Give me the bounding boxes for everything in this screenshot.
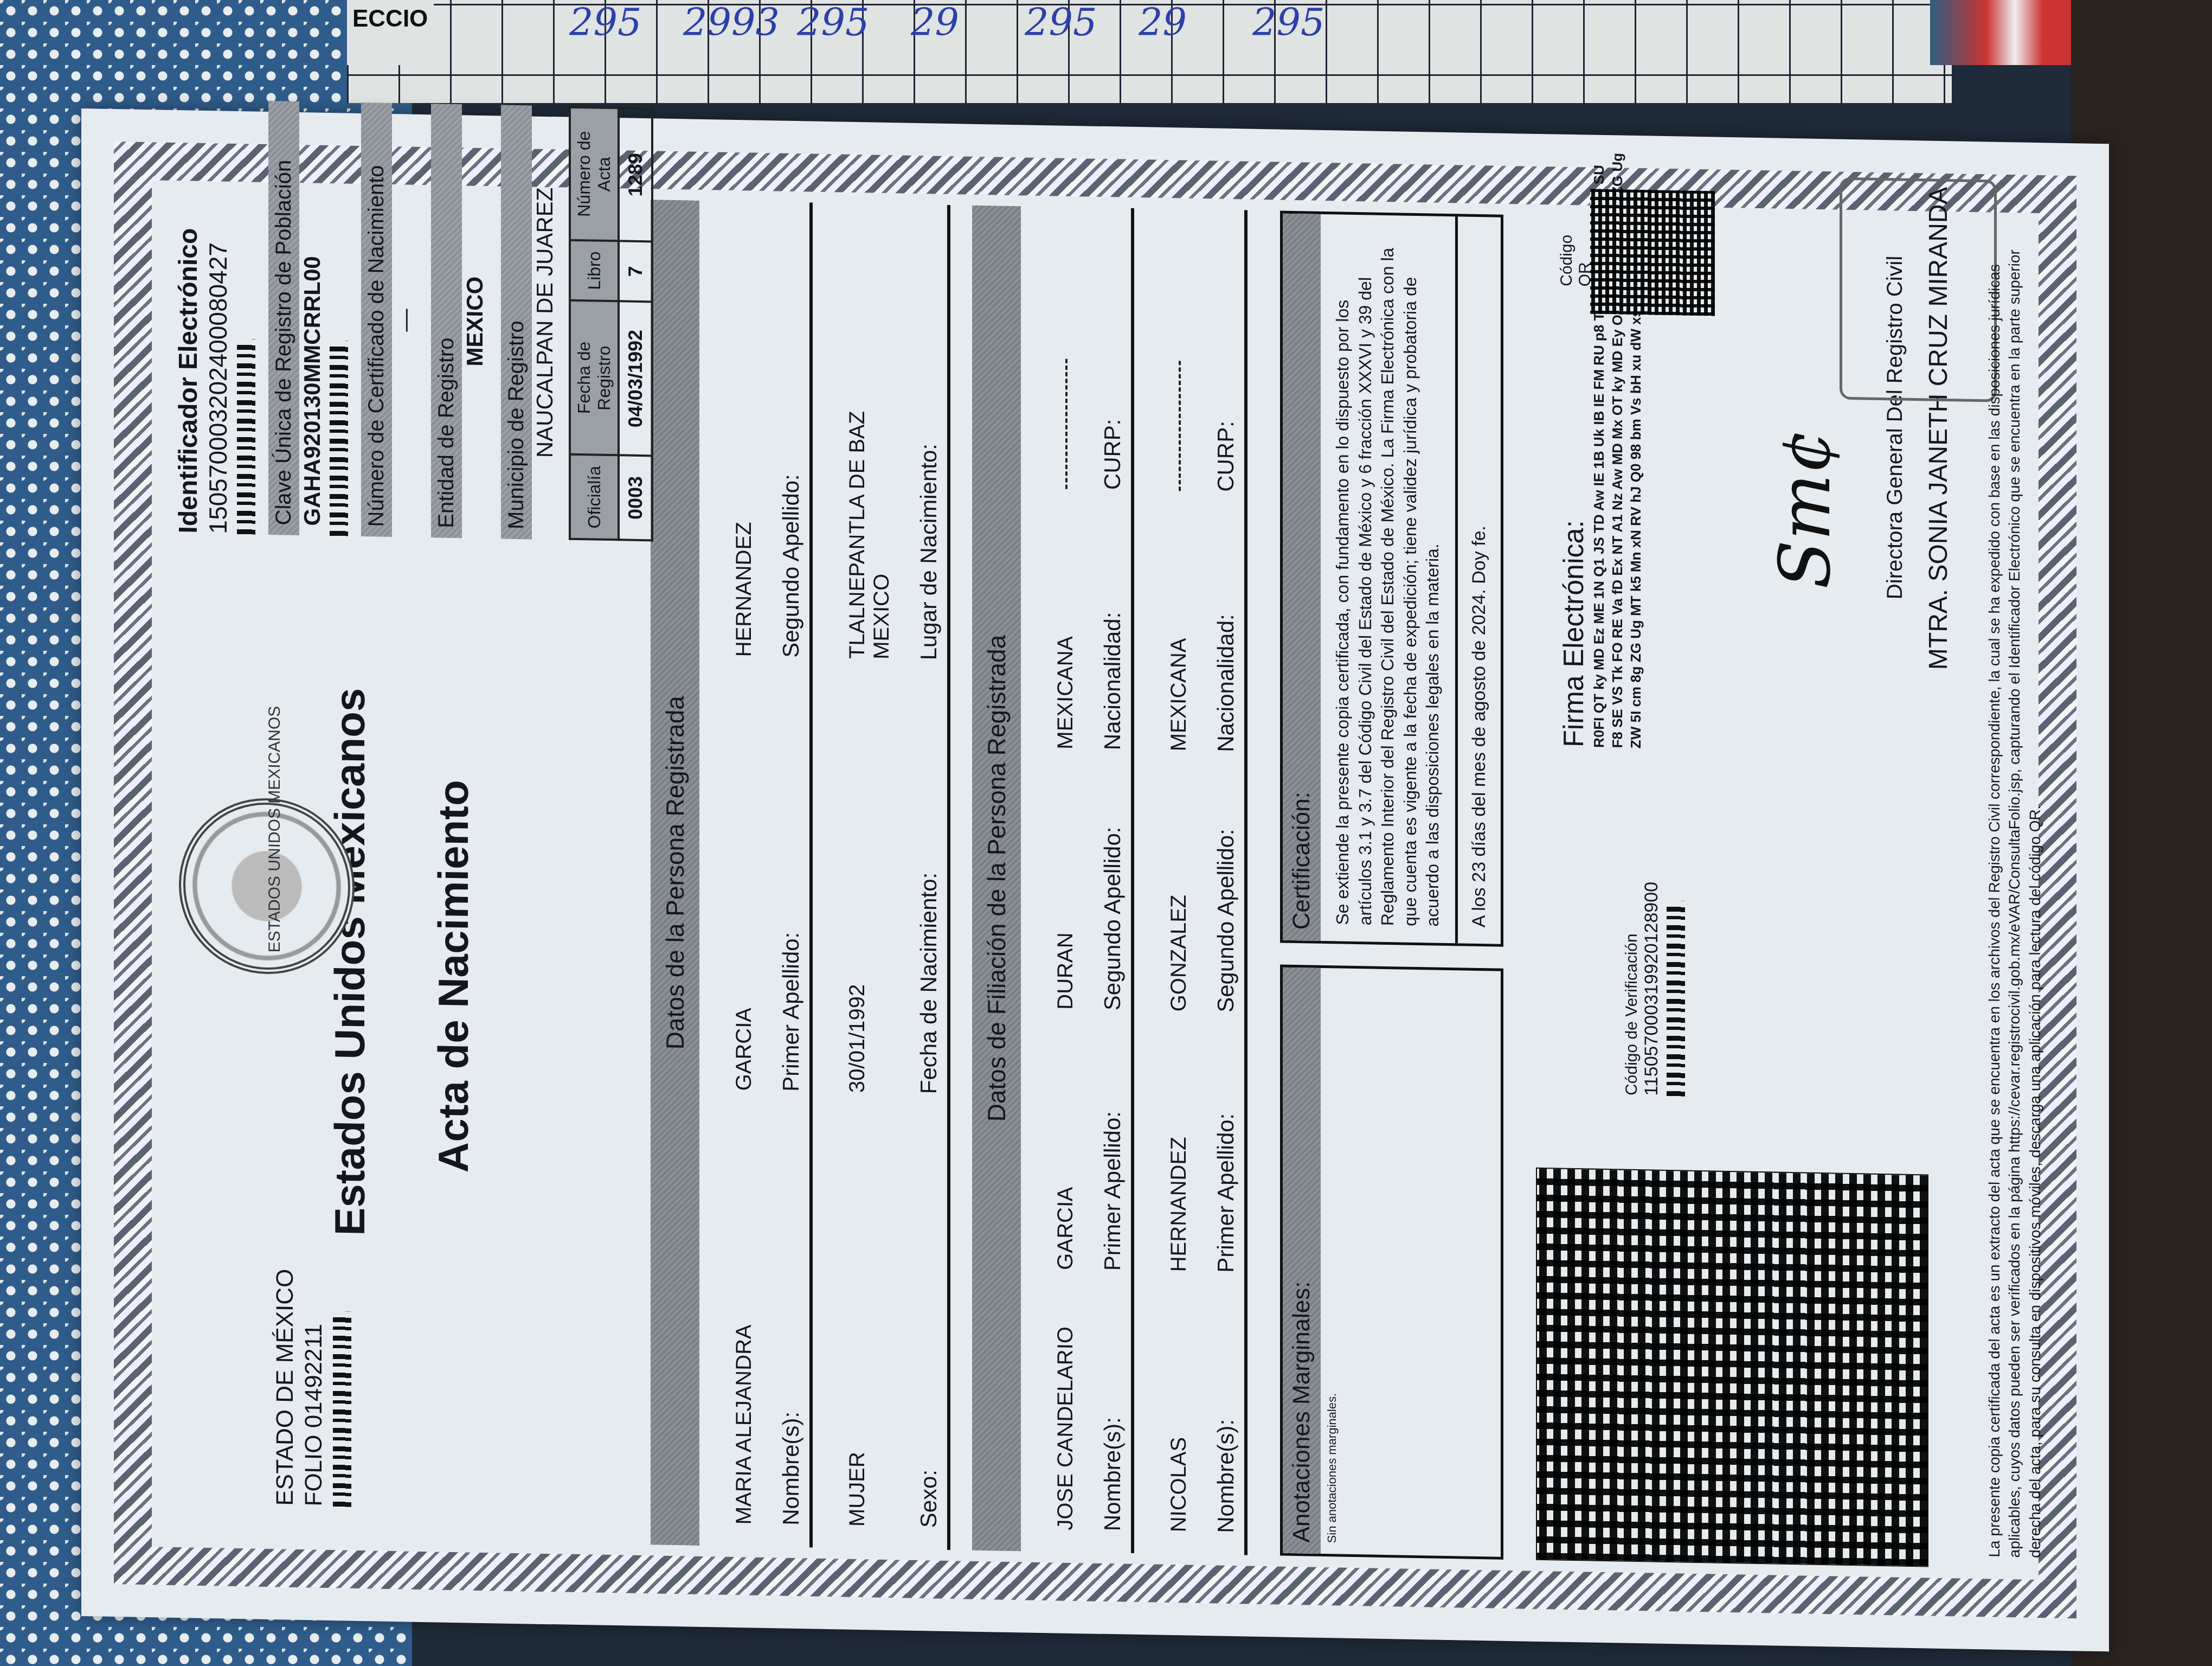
persona-lugar-nacimiento: TLALNEPANTLA DE BAZ MEXICO: [845, 225, 894, 660]
label-sexo: Sexo:: [916, 1094, 942, 1528]
header-numero-acta: Número de Acta: [570, 107, 619, 241]
folio-number: FOLIO 01492211: [300, 1269, 329, 1507]
small-qr-code-icon: [1590, 189, 1715, 316]
padre-1-labels: Nombre(s): Primer Apellido: Segundo Apel…: [1083, 207, 1134, 1553]
identificador-label: Identificador Electrónico: [173, 99, 203, 534]
qr-label: Código QR: [1558, 216, 1594, 287]
estado-label: ESTADO DE MÉXICO: [271, 1268, 300, 1506]
label-lugar-nacimiento: Lugar de Nacimiento:: [916, 226, 942, 661]
padre-1-segundo-apellido: DURAN: [1053, 749, 1078, 1010]
textile-corner: [1930, 0, 2071, 65]
label-primer-apellido: Primer Apellido:: [778, 657, 804, 1092]
padre-2-segundo-apellido: GONZALEZ: [1167, 751, 1191, 1012]
anotaciones-label: Anotaciones Marginales:: [1283, 967, 1321, 1554]
value-libro: 7: [619, 241, 652, 302]
filiacion-section-title: Datos de Filiación de la Persona Registr…: [972, 206, 1021, 1552]
label-nombres: Nombre(s):: [1099, 1271, 1126, 1532]
certificado-value: —: [392, 103, 418, 537]
certificacion-date: A los 23 días del mes de agosto de 2024.…: [1455, 216, 1501, 944]
footer-legal-text: La presente copia certificada del acta e…: [1984, 223, 2046, 1569]
curp-blank-line: [1179, 361, 1181, 491]
label-nacionalidad: Nacionalidad:: [1213, 491, 1239, 752]
padre-2-nacionalidad: MEXICANA: [1167, 491, 1191, 752]
value-numero-acta: 1289: [619, 108, 652, 241]
curp-label: Clave Única de Registro de Población: [268, 101, 299, 535]
label-nacionalidad: Nacionalidad:: [1099, 490, 1126, 751]
filiacion-section: Datos de Filiación de la Persona Registr…: [972, 206, 1248, 1555]
persona-nombres: MARIA ALEJANDRA: [732, 1091, 756, 1525]
handwritten-numbers: 295 2993 295 29 295 29 295: [569, 0, 1345, 44]
annotations-certification: Anotaciones Marginales: Sin anotaciones …: [1280, 211, 1503, 1560]
label-segundo-apellido: Segundo Apellido:: [1213, 752, 1239, 1013]
municipio-label: Municipio de Registro: [501, 105, 532, 540]
handwritten-number: 29: [911, 0, 1003, 44]
persona-birth-labels: Sexo: Fecha de Nacimiento: Lugar de Naci…: [899, 204, 950, 1550]
persona-primer-apellido: GARCIA: [732, 657, 756, 1091]
certificacion-text: Se extiende la presente copia certificad…: [1321, 214, 1455, 943]
certificacion-label: Certificación:: [1283, 214, 1321, 941]
persona-sexo: MUJER: [845, 1093, 894, 1528]
handwritten-number: 29: [1139, 0, 1231, 44]
folio-block: ESTADO DE MÉXICO FOLIO 01492211: [271, 1268, 351, 1507]
persona-name-labels: Nombre(s): Primer Apellido: Segundo Apel…: [762, 202, 813, 1548]
padre-1-values: JOSE CANDELARIO GARCIA DURAN MEXICANA: [1021, 206, 1083, 1552]
label-curp: CURP:: [1099, 229, 1126, 490]
handwritten-number: 295: [1025, 0, 1117, 44]
entidad-label: Entidad de Registro: [431, 104, 462, 538]
large-qr-code-icon: [1536, 1168, 1928, 1567]
handwritten-number: 295: [569, 0, 661, 44]
municipio-value: NAUCALPAN DE JUAREZ: [532, 106, 558, 540]
background-sheet-header: ECCIO: [347, 0, 434, 65]
seal-text: ESTADOS UNIDOS MEXICANOS: [266, 706, 284, 952]
padre-1-nombres: JOSE CANDELARIO: [1053, 1270, 1078, 1530]
certificado-label: Número de Certificado de Nacimiento: [361, 102, 392, 537]
certificate-header: ESTADO DE MÉXICO FOLIO 01492211 Estados …: [163, 191, 466, 1542]
birth-certificate-page: ESTADO DE MÉXICO FOLIO 01492211 Estados …: [81, 108, 2109, 1651]
persona-section-title: Datos de la Persona Registrada: [651, 200, 699, 1546]
certificacion-box: Certificación: Se extiende la presente c…: [1280, 211, 1503, 947]
label-nombres: Nombre(s):: [1213, 1272, 1239, 1533]
curp-value: GAHA920130MMCRRL00: [299, 101, 325, 536]
padre-2-curp: [1167, 230, 1191, 491]
curp-blank-line: [1065, 359, 1068, 489]
header-oficialia: Oficialía: [570, 454, 619, 540]
certificate-content: ESTADO DE MÉXICO FOLIO 01492211 Estados …: [163, 191, 2028, 1569]
stamp-box: [1840, 177, 1997, 402]
curp-barcode: [330, 341, 348, 536]
registro-table: Oficialía Fecha de Registro Libro Número…: [569, 106, 653, 542]
padre-2-values: NICOLAS HERNANDEZ GONZALEZ MEXICANA: [1134, 208, 1197, 1554]
persona-segundo-apellido: HERNANDEZ: [732, 223, 756, 657]
value-fecha-registro: 04/03/1992: [619, 301, 652, 456]
persona-name-values: MARIA ALEJANDRA GARCIA HERNANDEZ: [699, 201, 762, 1547]
persona-fecha-nacimiento: 30/01/1992: [845, 659, 894, 1094]
handwritten-number: 295: [797, 0, 889, 44]
lugar-estado: MEXICO: [870, 225, 894, 659]
persona-section: Datos de la Persona Registrada MARIA ALE…: [651, 200, 950, 1550]
label-segundo-apellido: Segundo Apellido:: [778, 223, 804, 658]
identificador-barcode: [237, 339, 255, 535]
label-primer-apellido: Primer Apellido:: [1099, 1010, 1126, 1271]
header-fecha-registro: Fecha de Registro: [570, 300, 619, 456]
document-title: Acta de Nacimiento: [429, 689, 478, 1173]
padre-2-nombres: NICOLAS: [1167, 1272, 1191, 1533]
label-segundo-apellido: Segundo Apellido:: [1099, 750, 1126, 1011]
padre-2-labels: Nombre(s): Primer Apellido: Segundo Apel…: [1197, 209, 1248, 1555]
label-fecha-nacimiento: Fecha de Nacimiento:: [916, 660, 942, 1094]
value-oficialia: 0003: [619, 456, 652, 541]
padre-1-curp: [1053, 228, 1078, 489]
identificador-value: 150570003202400080427: [203, 100, 233, 534]
entidad-value: MEXICO: [462, 104, 488, 539]
label-curp: CURP:: [1213, 231, 1239, 492]
handwritten-signature: Sm¢: [1764, 428, 1846, 589]
anotaciones-box: Anotaciones Marginales: Sin anotaciones …: [1280, 965, 1503, 1560]
label-nombres: Nombre(s):: [778, 1091, 804, 1526]
identificador-block: Identificador Electrónico 15057000320240…: [173, 99, 653, 541]
signature-area: Código de Verificación 11505700031992012…: [1536, 215, 2024, 1569]
padre-1-nacionalidad: MEXICANA: [1053, 489, 1078, 749]
persona-birth-values: MUJER 30/01/1992 TLALNEPANTLA DE BAZ MEX…: [813, 203, 899, 1549]
label-primer-apellido: Primer Apellido:: [1213, 1012, 1239, 1273]
padre-1-primer-apellido: GARCIA: [1053, 1009, 1078, 1270]
header-libro: Libro: [570, 240, 619, 302]
country-title: Estados Unidos Mexicanos: [325, 688, 375, 1236]
verificacion-barcode: [1667, 901, 1685, 1097]
folio-barcode: [333, 1311, 351, 1507]
title-block: Estados Unidos Mexicanos Acta de Nacimie…: [325, 688, 478, 1238]
padre-2-primer-apellido: HERNANDEZ: [1167, 1011, 1191, 1272]
handwritten-number: 2993: [683, 0, 775, 44]
lugar-municipio: TLALNEPANTLA DE BAZ: [845, 225, 870, 659]
anotaciones-value: Sin anotaciones marginales.: [1321, 968, 1492, 1557]
handwritten-number: 295: [1252, 0, 1345, 44]
